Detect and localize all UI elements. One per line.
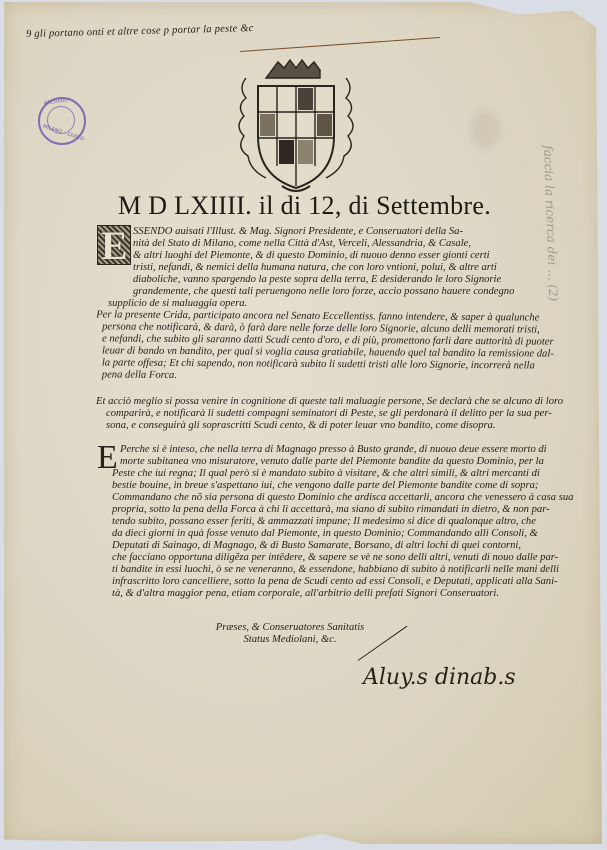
text-line: infrascritto loro cancelliere, sotto la … <box>112 576 573 588</box>
paper-stain <box>470 110 500 150</box>
text-line: morte subitanea vno misuratore, venuto d… <box>120 456 547 468</box>
text-line: nità del Stato di Milano, come nella Cit… <box>133 238 514 250</box>
text-line: SSENDO auisati l'Illust. & Mag. Signori … <box>133 226 514 238</box>
ornamental-drop-cap-e-icon: E <box>97 225 131 265</box>
text-line: grandemente, che questi tali peruengono … <box>133 286 514 298</box>
paragraph-4-body: Peste che iui regna; Il qual però si è m… <box>112 468 573 600</box>
text-line: & altri luoghi del Piemonte, & di questo… <box>133 250 514 262</box>
text-line: propria, sotto la pena della Forca à chi… <box>112 504 573 516</box>
paragraph-3: Et acciò meglio si possa venire in cogni… <box>96 396 563 432</box>
closing-block: Præses, & Conseruatores Sanitatis Status… <box>210 622 370 646</box>
text-line: Commandano che nõ sia persona di questo … <box>112 492 573 504</box>
text-line: Et acciò meglio si possa venire in cogni… <box>96 396 563 408</box>
paragraph-2: Per la presente Crida, participato ancor… <box>96 309 554 384</box>
text-line: supplicio de si maluaggia opera. <box>108 298 247 310</box>
proclamation-date-heading: M D LXIIII. il di 12, di Settembre. <box>118 191 491 221</box>
drop-cap-letter: E <box>101 222 128 269</box>
text-line: ti bandite in essi luochi, ò se ne vener… <box>112 564 573 576</box>
handwritten-signature: Aluy.s dinab.s <box>363 665 516 690</box>
paragraph-1: SSENDO auisati l'Illust. & Mag. Signori … <box>133 226 514 298</box>
text-line: sona, e conseguirà gli soprascritti Scud… <box>96 420 563 432</box>
text-line: comparirà, e notificarà li sudetti compa… <box>96 408 563 420</box>
paragraph-1-end: supplicio de si maluaggia opera. <box>108 298 247 310</box>
text-line: che facciano opportuna diligẽza per intẽ… <box>112 552 573 564</box>
closing-line-2: Status Mediolani, &c. <box>210 634 370 646</box>
paragraph-4-head: Perche si è inteso, che nella terra di M… <box>120 444 547 468</box>
text-line: tendo subito, possano esser feriti, & am… <box>112 516 573 528</box>
closing-line-1: Præses, & Conseruatores Sanitatis <box>210 622 370 634</box>
text-line: tristi, nefandi, & nemici della humana n… <box>133 262 514 274</box>
coat-of-arms-icon <box>232 58 360 198</box>
text-line: bestie bouine, in breue s'aspettano iui,… <box>112 480 573 492</box>
text-line: Peste che iui regna; Il qual però si è m… <box>112 468 573 480</box>
text-line: tà, & d'altra maggior pena, etiam corpor… <box>112 588 573 600</box>
text-line: Perche si è inteso, che nella terra di M… <box>120 444 547 456</box>
text-line: diaboliche, vanno spargendo la peste sop… <box>133 274 514 286</box>
text-line: Deputati di Sainago, di Magnago, & di Bu… <box>112 540 573 552</box>
text-line: da dieci giorni in quà fosse venuto dal … <box>112 528 573 540</box>
